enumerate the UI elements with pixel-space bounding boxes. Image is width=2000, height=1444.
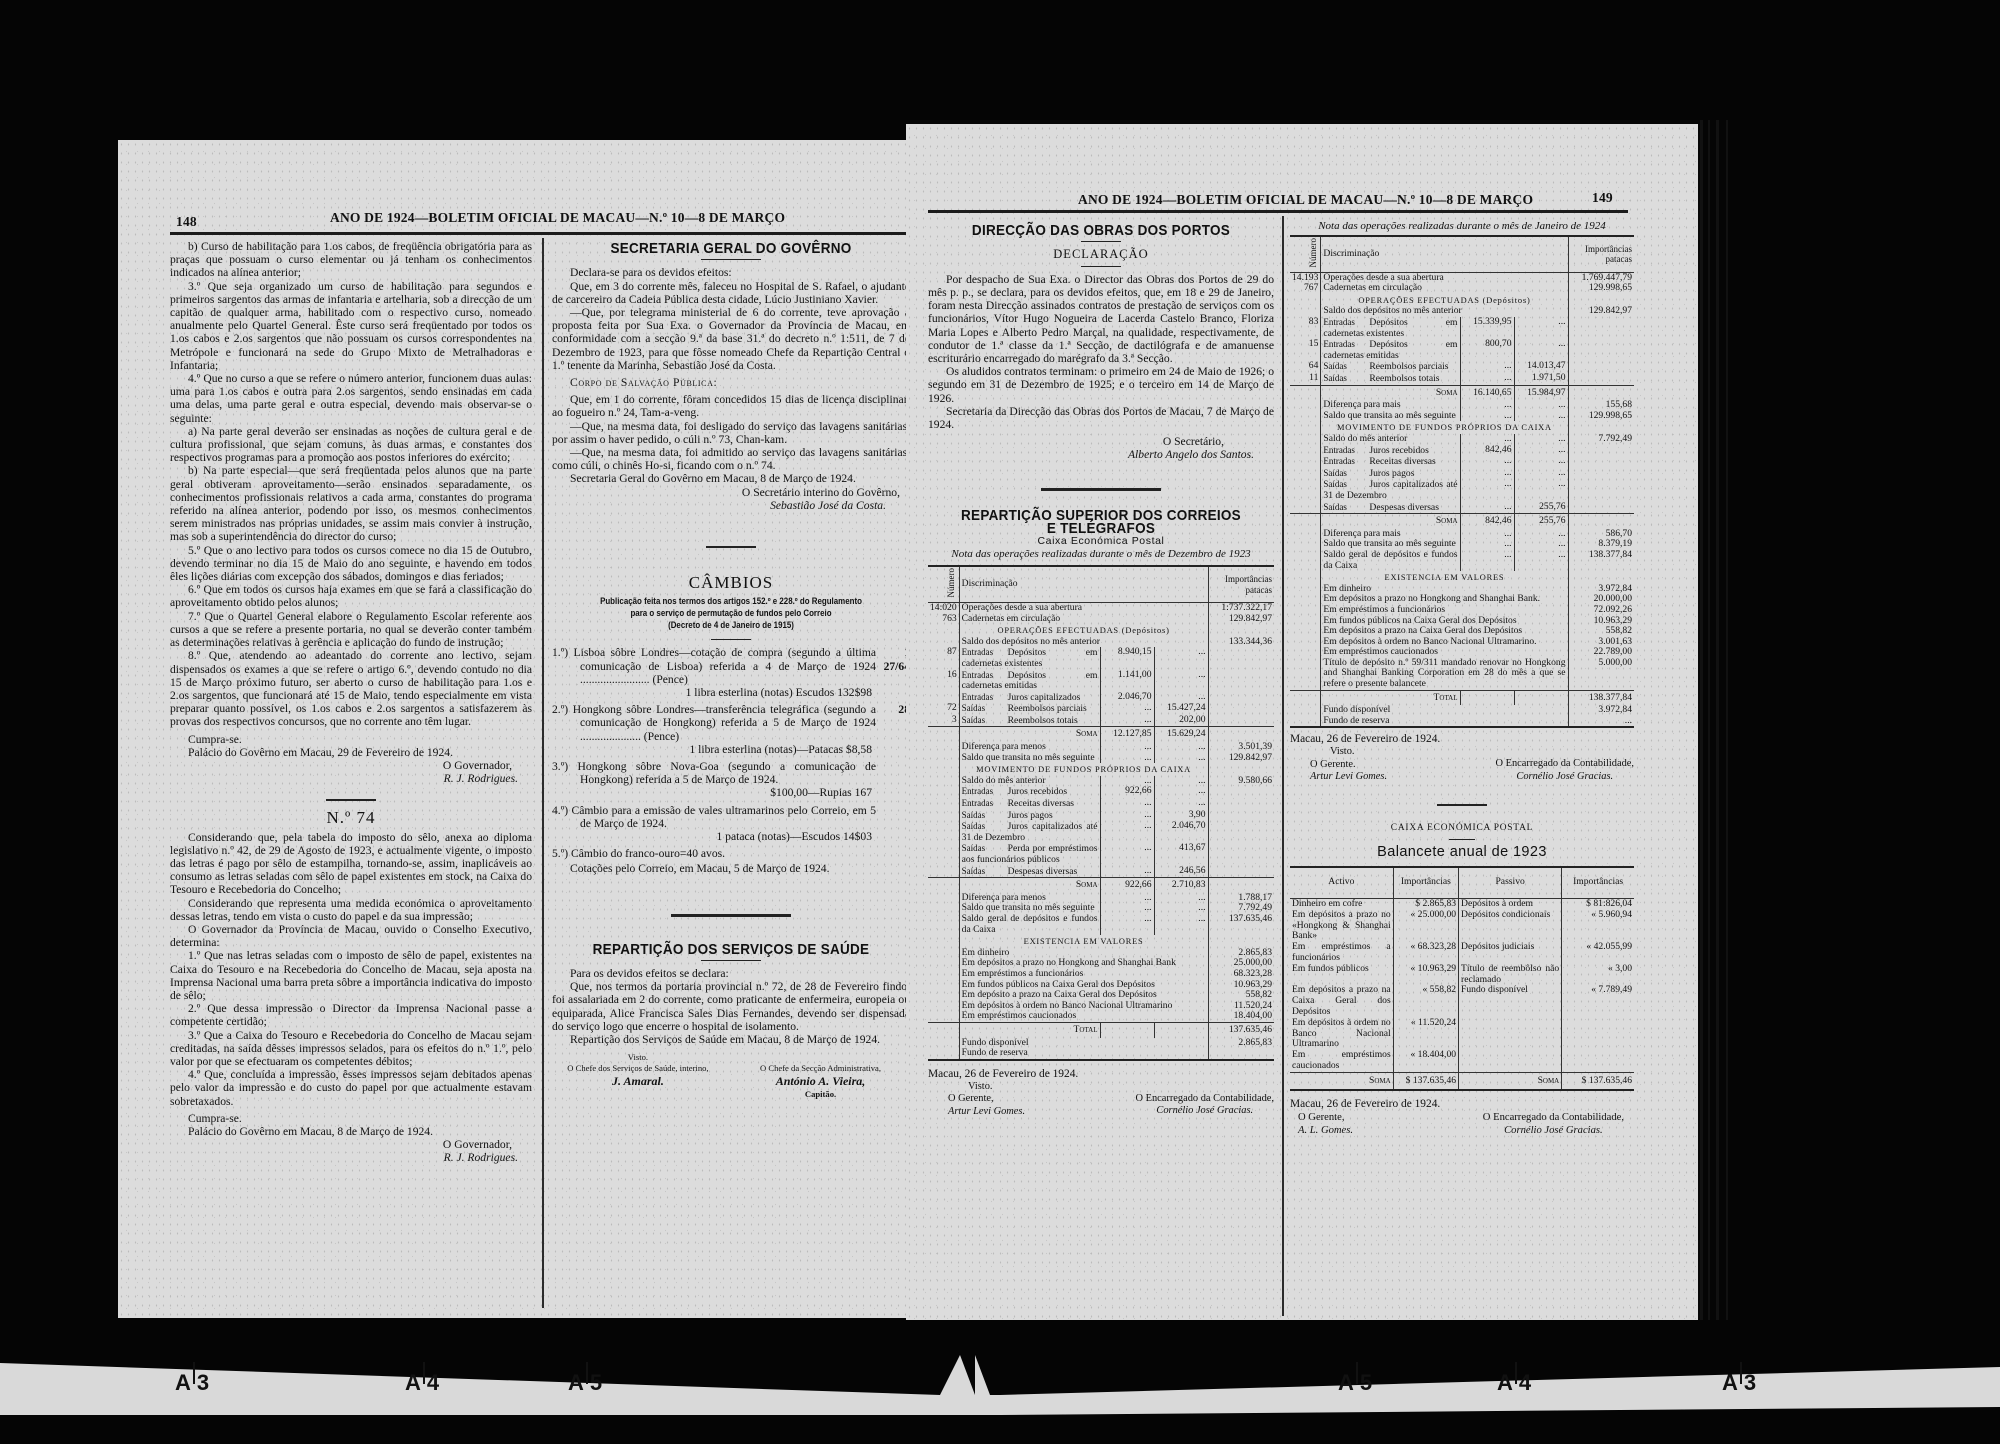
row-number xyxy=(1290,421,1321,434)
place-date: Secretaria Geral do Govêrno em Macau, 8 … xyxy=(552,472,910,485)
debit-value: ... xyxy=(1100,753,1154,764)
debit-value: 1.141,00 xyxy=(1100,670,1154,692)
signature-block: Macau, 26 de Fevereiro de 1924. Visto. O… xyxy=(1290,732,1634,784)
cambio-rate xyxy=(876,847,910,860)
frame-letter: A xyxy=(1338,1370,1354,1395)
amount-value xyxy=(1568,361,1634,373)
row-description: EXISTENCIA EM VALORES xyxy=(1321,571,1568,584)
signer-name: Sebastião José da Costa. xyxy=(552,499,910,512)
row-group: Saídas xyxy=(1323,479,1369,490)
saude-section: REPARTIÇÃO DOS SERVIÇOS DE SAÚDE Para os… xyxy=(552,943,910,1101)
row-description: Saldo que transita no mês seguinte xyxy=(959,753,1100,764)
row-description: SaídasPerda por empréstimos aos funcioná… xyxy=(959,843,1100,865)
column-header: Importâncias patacas xyxy=(1208,566,1274,602)
row-number xyxy=(1290,539,1321,550)
amount-value xyxy=(1208,692,1274,704)
signer-name: A. L. Gomes. xyxy=(1298,1124,1353,1137)
signer-name: Cornélio José Gracias. xyxy=(1136,1105,1275,1118)
row-description: Cadernetas em circulação xyxy=(1321,283,1568,294)
short-rule xyxy=(701,960,761,961)
table-row: Saldo do mês anterior......7.792,49 xyxy=(1290,434,1634,445)
credit-value: ... xyxy=(1514,339,1568,361)
section-title: E TELÉGRAFOS xyxy=(945,522,1256,535)
subtitle-line: Publicação feita nos termos dos artigos … xyxy=(570,595,892,607)
table-row: SaídasDespesas diversas...255,76 xyxy=(1290,502,1634,514)
row-number: 14:020 xyxy=(928,602,959,613)
paragraph: b) Curso de habilitação para 1.os cabos,… xyxy=(170,240,532,280)
separator xyxy=(1437,804,1487,806)
amount-value xyxy=(1568,514,1634,529)
row-number xyxy=(928,903,959,914)
row-group: Saídas xyxy=(1323,373,1369,384)
table-row: 763Cadernetas em circulação129.842,97 xyxy=(928,614,1274,625)
passivo-label: Depósitos condicionais xyxy=(1459,910,1562,942)
amount-value xyxy=(1568,445,1634,457)
row-number xyxy=(1290,529,1321,540)
frame-letter: A xyxy=(175,1370,191,1395)
table-row: MOVIMENTO DE FUNDOS PRÓPRIOS DA CAIXA xyxy=(928,763,1274,776)
row-number xyxy=(928,1038,959,1049)
table-note: Nota das operações realizadas durante o … xyxy=(928,548,1274,561)
table-row: Saldo geral de depósitos e fundos da Cai… xyxy=(1290,550,1634,571)
credit-value: 2.046,70 xyxy=(1154,821,1208,843)
row-number xyxy=(928,1011,959,1022)
credit-value: ... xyxy=(1514,550,1568,571)
row-number xyxy=(928,727,959,742)
signature-block: Macau, 26 de Fevereiro de 1924. Visto. O… xyxy=(928,1067,1274,1119)
header-rule xyxy=(928,210,1628,213)
right-column-1: DIRECÇÃO DAS OBRAS DOS PORTOS DECLARAÇÃO… xyxy=(928,220,1274,1118)
debit-value: 15.339,95 xyxy=(1460,317,1514,339)
table-row: Em empréstimos caucionados18.404,00 xyxy=(928,1011,1274,1022)
amount-value xyxy=(1568,571,1634,584)
paragraph: b) Na parte especial—que será freqüentad… xyxy=(170,464,532,543)
passivo-value: « 3,00 xyxy=(1562,964,1634,986)
table-row: SaídasJuros pagos...... xyxy=(1290,468,1634,480)
footer: Cotações pelo Correio, em Macau, 5 de Ma… xyxy=(552,862,910,875)
table-row: Total137.635,46 xyxy=(928,1022,1274,1037)
table-row: EntradasJuros recebidos842,46... xyxy=(1290,445,1634,457)
amount-value: 133.344,36 xyxy=(1208,637,1274,648)
amount-value xyxy=(1208,798,1274,810)
cambios-list: 1.º) Lisboa sôbre Londres—cotação de com… xyxy=(552,646,910,860)
cambio-rate: 28 xyxy=(876,703,910,743)
row-number: 87 xyxy=(928,647,959,669)
frame-number: 4 xyxy=(427,1370,439,1395)
row-group: Saídas xyxy=(1323,468,1369,479)
row-number xyxy=(1290,605,1321,616)
activo-label: Em empréstimos a funcionários xyxy=(1290,942,1393,964)
row-number xyxy=(1290,468,1321,480)
short-rule xyxy=(1081,266,1121,267)
activo-value: « 18.404,00 xyxy=(1393,1050,1458,1072)
amount-value xyxy=(1568,317,1634,339)
row-number xyxy=(928,753,959,764)
row-description: Saldo do mês anterior xyxy=(959,776,1100,787)
separator xyxy=(326,799,376,801)
activo-value: « 25.000,00 xyxy=(1393,910,1458,942)
cambio-item: 5.º) Câmbio do franco-ouro=40 avos. xyxy=(552,847,910,860)
paragraph: O Governador da Província de Macau, ouvi… xyxy=(170,923,532,949)
amount-value xyxy=(1208,715,1274,727)
row-label: Juros recebidos xyxy=(1369,445,1428,456)
signer-title: O Encarregado da Contabilidade, xyxy=(1136,1093,1275,1106)
paragraph: 2.º Que dessa impressão o Director da Im… xyxy=(170,1002,532,1028)
credit-value: ... xyxy=(1154,647,1208,669)
paragraph: a) Na parte geral deverão ser ensinadas … xyxy=(170,425,532,465)
row-description: Saldo que transita ao mês seguinte xyxy=(1321,411,1460,422)
row-number: 16 xyxy=(928,670,959,692)
row-description: Em empréstimos a funcionários xyxy=(1321,605,1568,616)
decree-title: N.º 74 xyxy=(170,811,532,824)
row-group: Entradas xyxy=(1323,445,1369,456)
amount-value: 138.377,84 xyxy=(1568,550,1634,571)
paragraph: 1.º Que nas letras seladas com o imposto… xyxy=(170,949,532,1002)
table-row: Soma12.127,8515.629,24 xyxy=(928,727,1274,742)
debit-value: 922,66 xyxy=(1100,878,1154,893)
row-number: 15 xyxy=(1290,339,1321,361)
row-number: 11 xyxy=(1290,373,1321,385)
row-number xyxy=(928,948,959,959)
paragraph: Que, em 1 do corrente, fôram concedidos … xyxy=(552,393,910,419)
table-row: 16EntradasDepósitos em cadernetas emitid… xyxy=(928,670,1274,692)
cambio-amount: 1 libra esterlina (notas)—Patacas $8,58 xyxy=(552,743,910,756)
row-number xyxy=(928,763,959,776)
cambio-text: 4.º) Câmbio para a emissão de vales ultr… xyxy=(552,804,910,830)
cambio-item: 3.º) Hongkong sôbre Nova-Goa (segundo a … xyxy=(552,760,910,800)
table-row: EXISTENCIA EM VALORES xyxy=(1290,571,1634,584)
debit-value: ... xyxy=(1100,914,1154,935)
activo-value: « 11.520,24 xyxy=(1393,1018,1458,1050)
row-description: EntradasDepósitos em cadernetas emitidas xyxy=(959,670,1100,692)
row-label: Receitas diversas xyxy=(1369,456,1435,467)
debit-value: 16.140,65 xyxy=(1460,385,1514,400)
credit-value: 15.629,24 xyxy=(1154,727,1208,742)
cambio-amount: 1 libra esterlina (notas) Escudos 132$98 xyxy=(552,686,910,699)
place-date: Macau, 26 de Fevereiro de 1924. xyxy=(928,1067,1274,1081)
row-number xyxy=(1290,479,1321,501)
row-description: Em empréstimos caucionados xyxy=(959,1011,1208,1022)
row-description: Fundo de reserva xyxy=(1321,716,1568,728)
table-row: Em empréstimos a funcionários72.092,26 xyxy=(1290,605,1634,616)
passivo-value xyxy=(1562,1018,1634,1050)
table-row: Soma842,46255,76 xyxy=(1290,514,1634,529)
table-title: Balancete anual de 1923 xyxy=(1290,846,1634,859)
credit-value: 202,00 xyxy=(1154,715,1208,727)
frame-mark: A5 xyxy=(568,1370,602,1396)
table-row: 64SaídasReembolsos parciais...14.013,47 xyxy=(1290,361,1634,373)
credit-value: ... xyxy=(1154,914,1208,935)
frame-letter: A xyxy=(568,1370,584,1395)
row-number: 767 xyxy=(1290,283,1321,294)
row-group: Saídas xyxy=(1323,361,1369,372)
row-description: EntradasDepósitos em cadernetas emitidas xyxy=(1321,339,1460,361)
row-group: Saídas xyxy=(962,866,1008,877)
debit-value: ... xyxy=(1100,866,1154,878)
paragraph: Considerando que representa uma medida e… xyxy=(170,897,532,923)
amount-value xyxy=(1568,468,1634,480)
row-description: EntradasDepósitos em cadernetas existent… xyxy=(959,647,1100,669)
row-group: Saídas xyxy=(962,703,1008,714)
row-number xyxy=(1290,637,1321,648)
signer-title: O Encarregado da Contabilidade, xyxy=(1496,758,1635,771)
row-number xyxy=(1290,716,1321,728)
debit-value xyxy=(1100,1022,1154,1037)
row-group: Entradas xyxy=(962,670,1008,681)
row-description: Soma xyxy=(959,727,1100,742)
frame-mark: A4 xyxy=(1497,1370,1531,1396)
row-label: Despesas diversas xyxy=(1369,502,1439,513)
signer-name: Alberto Angelo dos Santos. xyxy=(928,448,1274,461)
signer-title: O Gerente, xyxy=(948,1093,1025,1106)
row-description: Soma xyxy=(1321,385,1460,400)
debit-value: ... xyxy=(1460,373,1514,385)
paragraph: 4.º Que no curso a que se refere o númer… xyxy=(170,372,532,425)
signer-title: O Governador, xyxy=(170,1138,532,1151)
row-number xyxy=(1290,647,1321,658)
paragraph: 5.º Que o ano lectivo para todos os curs… xyxy=(170,544,532,584)
amount-value: 137.635,46 xyxy=(1208,1022,1274,1037)
amount-value: 129.842,97 xyxy=(1568,306,1634,317)
signer-name: J. Amaral. xyxy=(552,1074,724,1089)
row-label: Reembolsos totais xyxy=(1008,715,1078,726)
row-description: Fundo de reserva xyxy=(959,1048,1208,1060)
janeiro-section: Nota das operações realizadas durante o … xyxy=(1290,220,1634,784)
debit-value: ... xyxy=(1100,843,1154,865)
row-label: Juros capitalizados xyxy=(1008,692,1081,703)
row-number xyxy=(1290,584,1321,595)
amount-value xyxy=(1208,647,1274,669)
place-date: Palácio do Govêrno em Macau, 29 de Fever… xyxy=(170,746,532,759)
amount-value xyxy=(1208,821,1274,843)
row-group: Entradas xyxy=(962,647,1008,658)
row-number xyxy=(1290,502,1321,514)
soma-label: Soma xyxy=(1290,1072,1393,1089)
row-description: EntradasJuros capitalizados xyxy=(959,692,1100,704)
kicker: CAIXA ECONÓMICA POSTAL xyxy=(1290,822,1634,835)
cambio-rate xyxy=(876,804,910,830)
passivo-value: « 42.055,99 xyxy=(1562,942,1634,964)
cambios-section: CÂMBIOS Publicação feita nos termos dos … xyxy=(552,576,910,876)
credit-value: ... xyxy=(1154,798,1208,810)
table-row: EntradasReceitas diversas...... xyxy=(928,798,1274,810)
amount-value xyxy=(1568,502,1634,514)
row-number xyxy=(928,866,959,878)
credit-value xyxy=(1154,1022,1208,1037)
table-row: Fundo de reserva... xyxy=(1290,716,1634,728)
row-description: Saldo geral de depósitos e fundos da Cai… xyxy=(959,914,1100,935)
amount-value: 129.842,97 xyxy=(1208,614,1274,625)
soma-passivo: $ 137.635,46 xyxy=(1562,1072,1634,1089)
activo-label: Em empréstimos caucionados xyxy=(1290,1050,1393,1072)
subtitle-line: para o serviço de permutação de fundos p… xyxy=(570,607,892,619)
row-number xyxy=(928,1048,959,1060)
credit-value: ... xyxy=(1514,479,1568,501)
table-row: SaídasDespesas diversas...246,56 xyxy=(928,866,1274,878)
credit-value: ... xyxy=(1514,411,1568,422)
page-edge-line xyxy=(1716,120,1719,1320)
table-row: Total138.377,84 xyxy=(1290,690,1634,705)
column-header: Importâncias patacas xyxy=(1568,236,1634,272)
row-description: SaídasJuros capitalizados até 31 de Deze… xyxy=(959,821,1100,843)
row-number xyxy=(928,1022,959,1037)
january-ledger-table: Número Discriminação Importâncias pataca… xyxy=(1290,235,1634,728)
table-row: 767Cadernetas em circulação129.998,65 xyxy=(1290,283,1634,294)
amount-value: 2.865,83 xyxy=(1208,1038,1274,1049)
activo-label: Em depósitos a prazo na Caixa Geral dos … xyxy=(1290,985,1393,1017)
row-number xyxy=(928,843,959,865)
paragraph: Considerando que, pela tabela do imposto… xyxy=(170,831,532,897)
credit-value xyxy=(1514,690,1568,705)
row-group: Saídas xyxy=(962,810,1008,821)
row-number xyxy=(1290,514,1321,529)
short-rule xyxy=(1081,241,1121,242)
row-description: EntradasReceitas diversas xyxy=(1321,456,1460,468)
cambio-description: 1.º) Lisboa sôbre Londres—cotação de com… xyxy=(580,646,876,686)
amount-value xyxy=(1568,456,1634,468)
paragraph: 3.º Que seja organizado um curso de habi… xyxy=(170,280,532,372)
column-header: Activo xyxy=(1290,867,1393,899)
row-description: Soma xyxy=(959,878,1100,893)
short-rule xyxy=(701,259,761,260)
table-row: SaídasJuros pagos...3,90 xyxy=(928,810,1274,822)
signature-block: Macau, 26 de Fevereiro de 1924. O Gerent… xyxy=(1290,1097,1634,1137)
running-head: ANO DE 1924—BOLETIM OFICIAL DE MACAU—N.º… xyxy=(1078,192,1533,208)
table-row: OPERAÇÕES EFECTUADAS (Depósitos) xyxy=(928,624,1274,637)
row-number xyxy=(1290,385,1321,400)
table-row: 83EntradasDepósitos em cadernetas existe… xyxy=(1290,317,1634,339)
table-row: EntradasReceitas diversas...... xyxy=(1290,456,1634,468)
page-number: 148 xyxy=(176,214,197,230)
paragraph: 7.º Que o Quartel General elabore o Regu… xyxy=(170,610,532,650)
frame-bar xyxy=(1515,1362,1517,1384)
row-number xyxy=(1290,690,1321,705)
row-number xyxy=(1290,550,1321,571)
intro: Para os devidos efeitos se declara: xyxy=(552,967,910,980)
frame-bar xyxy=(193,1362,195,1384)
row-number xyxy=(928,893,959,904)
row-description: SaídasDespesas diversas xyxy=(1321,502,1460,514)
credit-value: 246,56 xyxy=(1154,866,1208,878)
row-number xyxy=(928,878,959,893)
row-description: SaídasDespesas diversas xyxy=(959,866,1100,878)
row-description: Total xyxy=(959,1022,1100,1037)
row-number xyxy=(928,798,959,810)
row-number xyxy=(928,990,959,1001)
credit-value: 413,67 xyxy=(1154,843,1208,865)
frame-bar xyxy=(1740,1362,1742,1384)
cambio-description: 2.º) Hongkong sôbre Londres—transferênci… xyxy=(580,703,876,743)
amount-value xyxy=(1568,373,1634,385)
table-row: Saldo geral de depósitos e fundos da Cai… xyxy=(928,914,1274,935)
passivo-label xyxy=(1459,1018,1562,1050)
cambio-text: 5.º) Câmbio do franco-ouro=40 avos. xyxy=(552,847,910,860)
frame-number: 3 xyxy=(1744,1370,1756,1395)
passivo-label xyxy=(1459,1050,1562,1072)
debit-value: ... xyxy=(1460,411,1514,422)
table-row: Título de depósito n.º 59/311 mandado re… xyxy=(1290,658,1634,690)
table-row: Saldo que transita ao mês seguinte......… xyxy=(1290,411,1634,422)
debit-value: 800,70 xyxy=(1460,339,1514,361)
row-description: EntradasReceitas diversas xyxy=(959,798,1100,810)
row-number xyxy=(1290,571,1321,584)
row-number xyxy=(1290,658,1321,690)
row-number xyxy=(928,742,959,753)
table-row: 11SaídasReembolsos totais...1.971,50 xyxy=(1290,373,1634,385)
paragraph: 6.º Que em todos os cursos haja exames e… xyxy=(170,583,532,609)
signer-title: O Gerente, xyxy=(1298,1111,1353,1124)
passivo-value xyxy=(1562,1050,1634,1072)
table-row: Saldo dos depósitos no mês anterior133.3… xyxy=(928,637,1274,648)
table-row: Saldo que transita no mês seguinte......… xyxy=(928,753,1274,764)
amount-value xyxy=(1208,866,1274,878)
row-description: EXISTENCIA EM VALORES xyxy=(959,935,1208,948)
row-number xyxy=(928,776,959,787)
row-description: OPERAÇÕES EFECTUADAS (Depósitos) xyxy=(959,624,1208,637)
cambio-description: 4.º) Câmbio para a emissão de vales ultr… xyxy=(580,804,876,830)
cambio-item: 1.º) Lisboa sôbre Londres—cotação de com… xyxy=(552,646,910,699)
amount-value xyxy=(1208,624,1274,637)
row-description: SaídasReembolsos parciais xyxy=(1321,361,1460,373)
row-description: SaídasReembolsos parciais xyxy=(959,703,1100,715)
row-description: Operações desde a sua abertura xyxy=(959,602,1208,613)
row-number xyxy=(928,821,959,843)
row-label: Despesas diversas xyxy=(1008,866,1078,877)
table-row: 72SaídasReembolsos parciais...15.427,24 xyxy=(928,703,1274,715)
frame-number: 5 xyxy=(590,1370,602,1395)
amount-value: ... xyxy=(1568,716,1634,728)
row-description: Soma xyxy=(1321,514,1460,529)
section-title: DIRECÇÃO DAS OBRAS DOS PORTOS xyxy=(945,224,1256,237)
debit-value xyxy=(1460,690,1514,705)
row-description: SaídasJuros capitalizados até 31 de Deze… xyxy=(1321,479,1460,501)
frame-mark: A5 xyxy=(1338,1370,1372,1396)
amount-value: 138.377,84 xyxy=(1568,690,1634,705)
column-header: Discriminação xyxy=(959,566,1208,602)
activo-label: Em fundos públicos xyxy=(1290,964,1393,986)
row-group: Entradas xyxy=(962,692,1008,703)
table-row: Em depósitos à ordem no Banco Nacional U… xyxy=(1290,1018,1634,1050)
cambio-text: 3.º) Hongkong sôbre Nova-Goa (segundo a … xyxy=(552,760,910,786)
row-number xyxy=(928,935,959,948)
credit-value: 2.710,83 xyxy=(1154,878,1208,893)
table-row: Fundo de reserva xyxy=(928,1048,1274,1060)
debit-value: ... xyxy=(1460,502,1514,514)
table-row: 87EntradasDepósitos em cadernetas existe… xyxy=(928,647,1274,669)
amount-value xyxy=(1208,727,1274,742)
signer-name: Artur Levi Gomes. xyxy=(948,1106,1025,1119)
column-divider xyxy=(1282,216,1284,1316)
page-number: 149 xyxy=(1592,190,1613,206)
table-row: SaídasPerda por empréstimos aos funcioná… xyxy=(928,843,1274,865)
paragraph: —Que, por telegrama ministerial de 6 do … xyxy=(552,306,910,372)
frame-number: 3 xyxy=(197,1370,209,1395)
signer-title: O Gerente. xyxy=(1310,759,1387,772)
passivo-label: Depósitos judiciais xyxy=(1459,942,1562,964)
frame-mark: A3 xyxy=(175,1370,209,1396)
row-group: Entradas xyxy=(1323,317,1369,328)
row-number xyxy=(928,786,959,798)
signer-title: O Governador, xyxy=(170,759,532,772)
section-title: REPARTIÇÃO DOS SERVIÇOS DE SAÚDE xyxy=(570,943,892,956)
table-row: Saldo do mês anterior......9.580,66 xyxy=(928,776,1274,787)
column-header: Passivo xyxy=(1459,867,1562,899)
credit-value: ... xyxy=(1514,317,1568,339)
signer-rank: Capitão. xyxy=(731,1089,910,1100)
credit-value: ... xyxy=(1154,753,1208,764)
december-ledger-table: Número Discriminação Importâncias pataca… xyxy=(928,565,1274,1060)
frame-letter: A xyxy=(405,1370,421,1395)
